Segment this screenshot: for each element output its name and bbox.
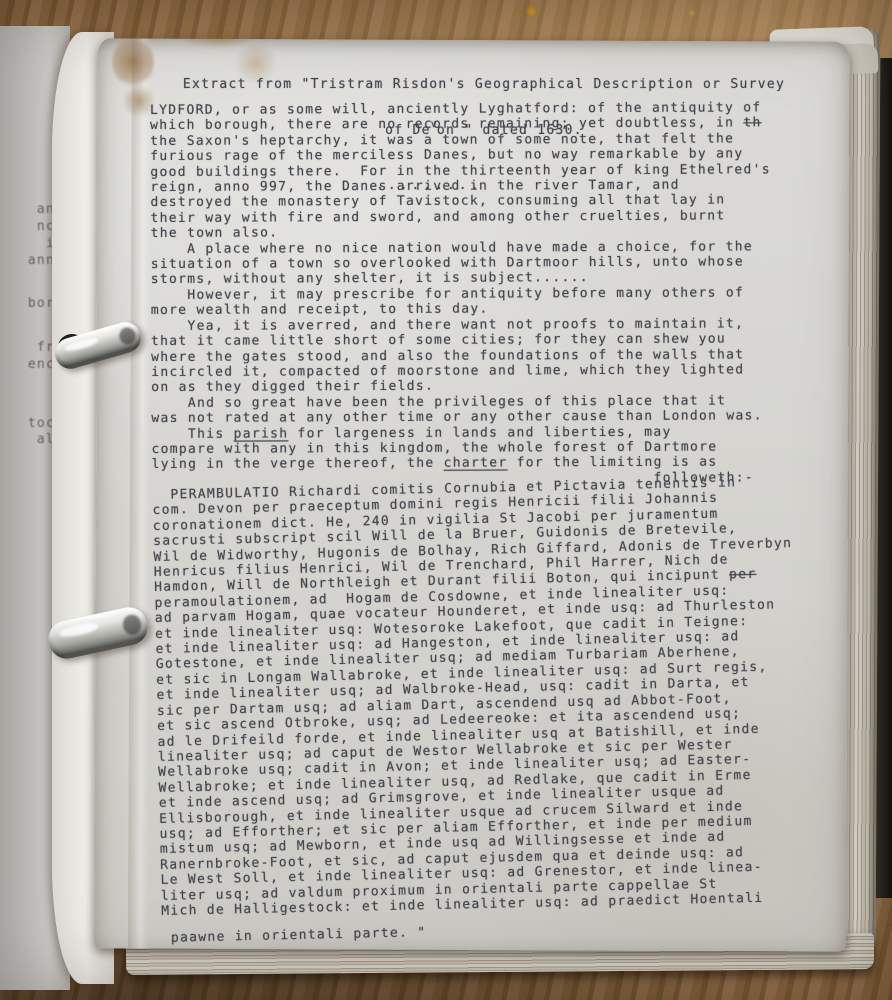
text-line: Yea, it is averred, and there want not p… bbox=[151, 316, 831, 334]
text-segment: However, it may prescribe for antiquity … bbox=[151, 285, 744, 303]
text-segment: their way with fire and sword, and among… bbox=[150, 208, 725, 226]
text-line: good buildings there. For in the thirtee… bbox=[150, 162, 830, 180]
struck-out-text: th bbox=[743, 116, 761, 131]
text-segment: on as they digged their fields. bbox=[151, 379, 434, 395]
underlined-text: charter bbox=[444, 456, 508, 471]
stain bbox=[688, 9, 696, 17]
text-segment: for largeness in lands and liberties, ma… bbox=[288, 424, 671, 441]
underlined-text: parish bbox=[234, 426, 289, 441]
stain bbox=[112, 36, 154, 88]
photo-of-binder-page: oandnceieann,sborosfroencetockal' Extrac… bbox=[0, 0, 892, 1000]
text-segment: lying in the verge thereof, the bbox=[152, 456, 444, 472]
text-segment: incircled it, compacted of moorstone and… bbox=[151, 362, 744, 380]
struck-out-text: per bbox=[729, 567, 757, 583]
text-line: was not rated at any other time or any o… bbox=[151, 408, 831, 426]
text-segment: the town also. bbox=[151, 226, 279, 242]
text-segment: for the limiting is as bbox=[507, 455, 717, 471]
title-line-1: Extract from "Tristram Risdon's Geograph… bbox=[150, 77, 818, 92]
stain bbox=[526, 6, 537, 17]
text-segment: This bbox=[151, 426, 233, 441]
document-body-english: LYDFORD, or as some will, anciently Lygh… bbox=[150, 100, 832, 488]
text-segment: more wealth and receipt, to this day. bbox=[151, 302, 489, 318]
document-body-latin: PERAMBULATIO Richardi comitis Cornubia e… bbox=[152, 473, 852, 947]
text-segment: situation of a town so overlooked with D… bbox=[151, 254, 744, 272]
page-crease bbox=[128, 39, 152, 949]
text-segment: storms, without any shelter, it is subje… bbox=[151, 271, 589, 288]
